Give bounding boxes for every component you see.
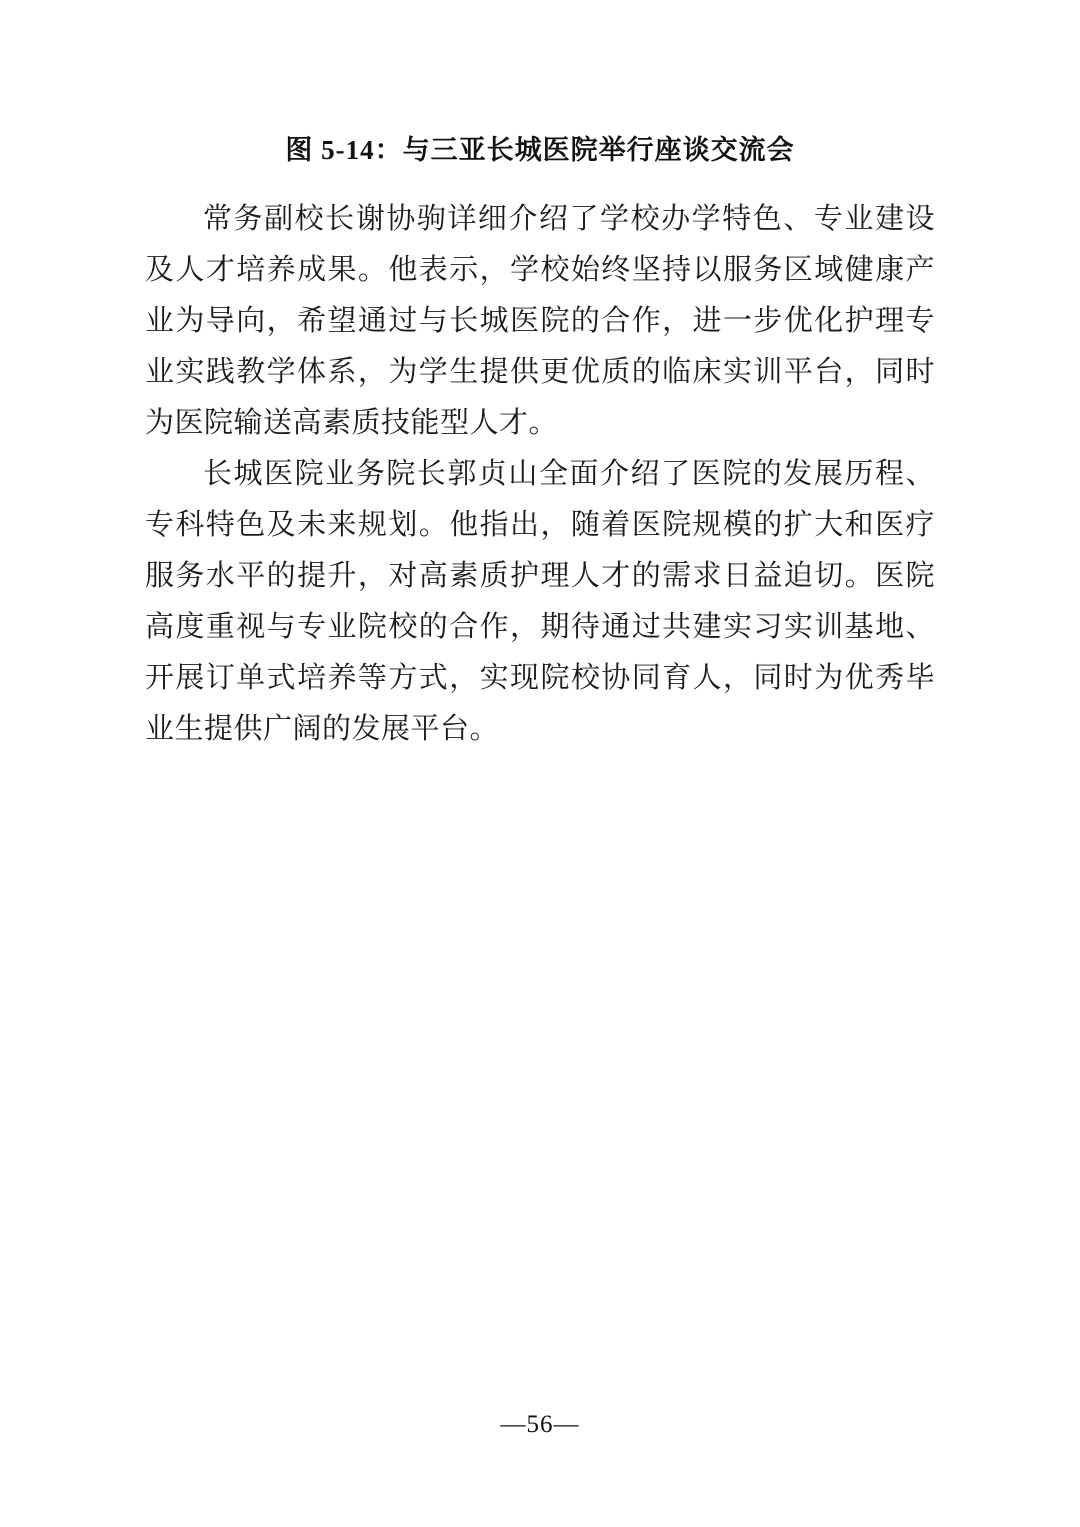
- page-number: —56—: [0, 1410, 1080, 1440]
- paragraph-2: 长城医院业务院长郭贞山全面介绍了医院的发展历程、专科特色及未来规划。他指出，随着…: [145, 449, 935, 755]
- document-page: 图 5-14：与三亚长城医院举行座谈交流会 常务副校长谢协驹详细介绍了学校办学特…: [0, 0, 1080, 1527]
- figure-caption: 图 5-14：与三亚长城医院举行座谈交流会: [145, 130, 935, 170]
- paragraph-1: 常务副校长谢协驹详细介绍了学校办学特色、专业建设及人才培养成果。他表示，学校始终…: [145, 194, 935, 449]
- page-content: 图 5-14：与三亚长城医院举行座谈交流会 常务副校长谢协驹详细介绍了学校办学特…: [145, 130, 935, 755]
